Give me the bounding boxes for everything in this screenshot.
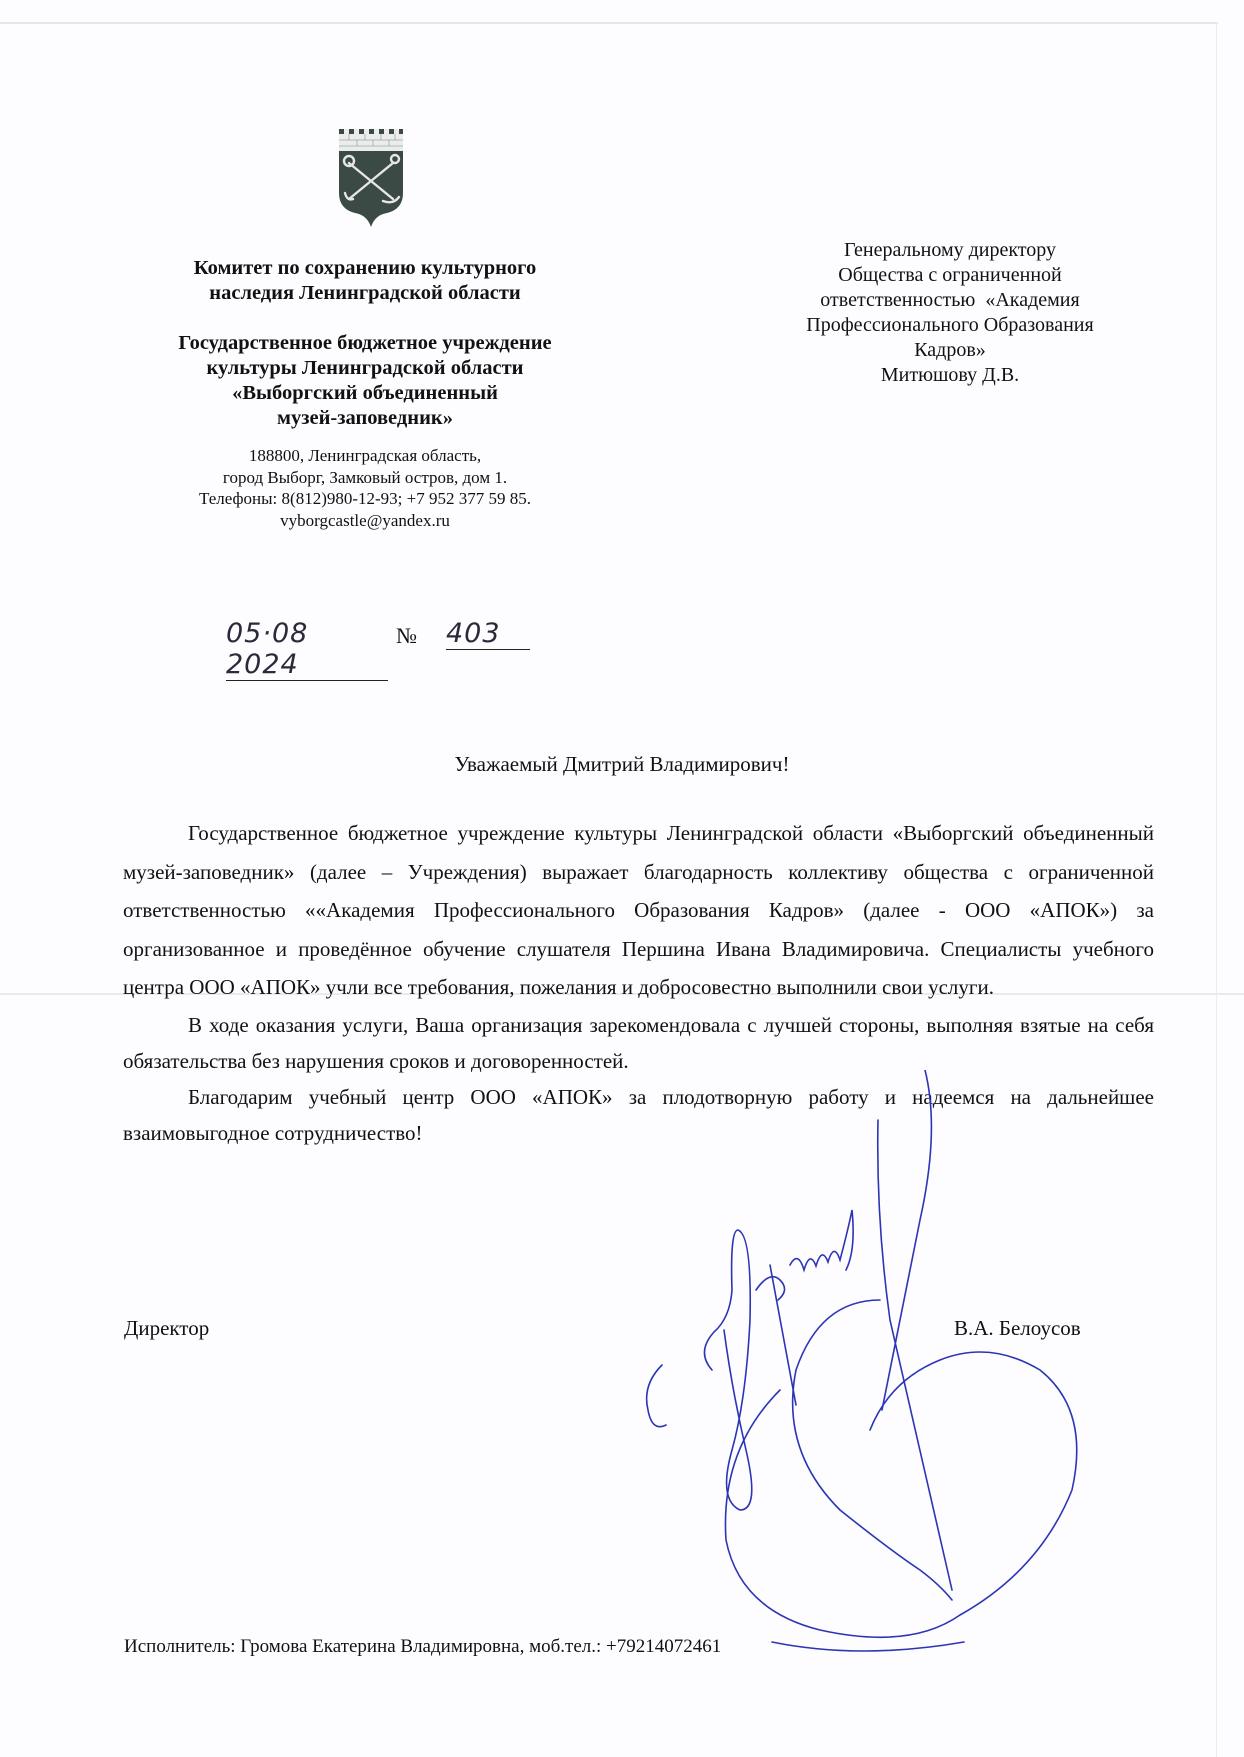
recipient-block: Генеральному директору Общества с ограни… xyxy=(720,238,1180,388)
letter-body: Государственное бюджетное учреждение кул… xyxy=(123,814,1154,1151)
registration-date: 05·08 2024 xyxy=(226,618,388,681)
scan-edge-top xyxy=(0,22,1218,24)
sender-address: 188800, Ленинградская область, город Выб… xyxy=(140,445,590,531)
committee-name: Комитет по сохранению культурного наслед… xyxy=(140,256,590,306)
scan-edge-right xyxy=(1216,22,1217,1757)
recipient-name: Митюшову Д.В. xyxy=(720,363,1180,388)
executor-contact: Исполнитель: Громова Екатерина Владимиро… xyxy=(124,1636,721,1658)
signatory-name: В.А. Белоусов xyxy=(954,1316,1081,1341)
sender-email: vyborgcastle@yandex.ru xyxy=(140,510,590,532)
institution-name: Государственное бюджетное учреждение кул… xyxy=(140,331,590,431)
coat-of-arms-icon xyxy=(337,123,405,233)
body-paragraph: Государственное бюджетное учреждение кул… xyxy=(123,814,1154,1007)
sender-block: Комитет по сохранению культурного наслед… xyxy=(140,256,590,531)
salutation: Уважаемый Дмитрий Владимирович! xyxy=(0,752,1244,777)
body-paragraph: В ходе оказания услуги, Ваша организация… xyxy=(123,1007,1154,1079)
registration-line: 05·08 2024 № 403 xyxy=(226,618,556,658)
signatory-role: Директор xyxy=(124,1316,209,1341)
handwritten-signature-icon xyxy=(620,1070,1100,1690)
body-paragraph: Благодарим учебный центр ООО «АПОК» за п… xyxy=(123,1079,1154,1151)
number-sign: № xyxy=(396,618,417,654)
registration-number: 403 xyxy=(446,618,530,650)
